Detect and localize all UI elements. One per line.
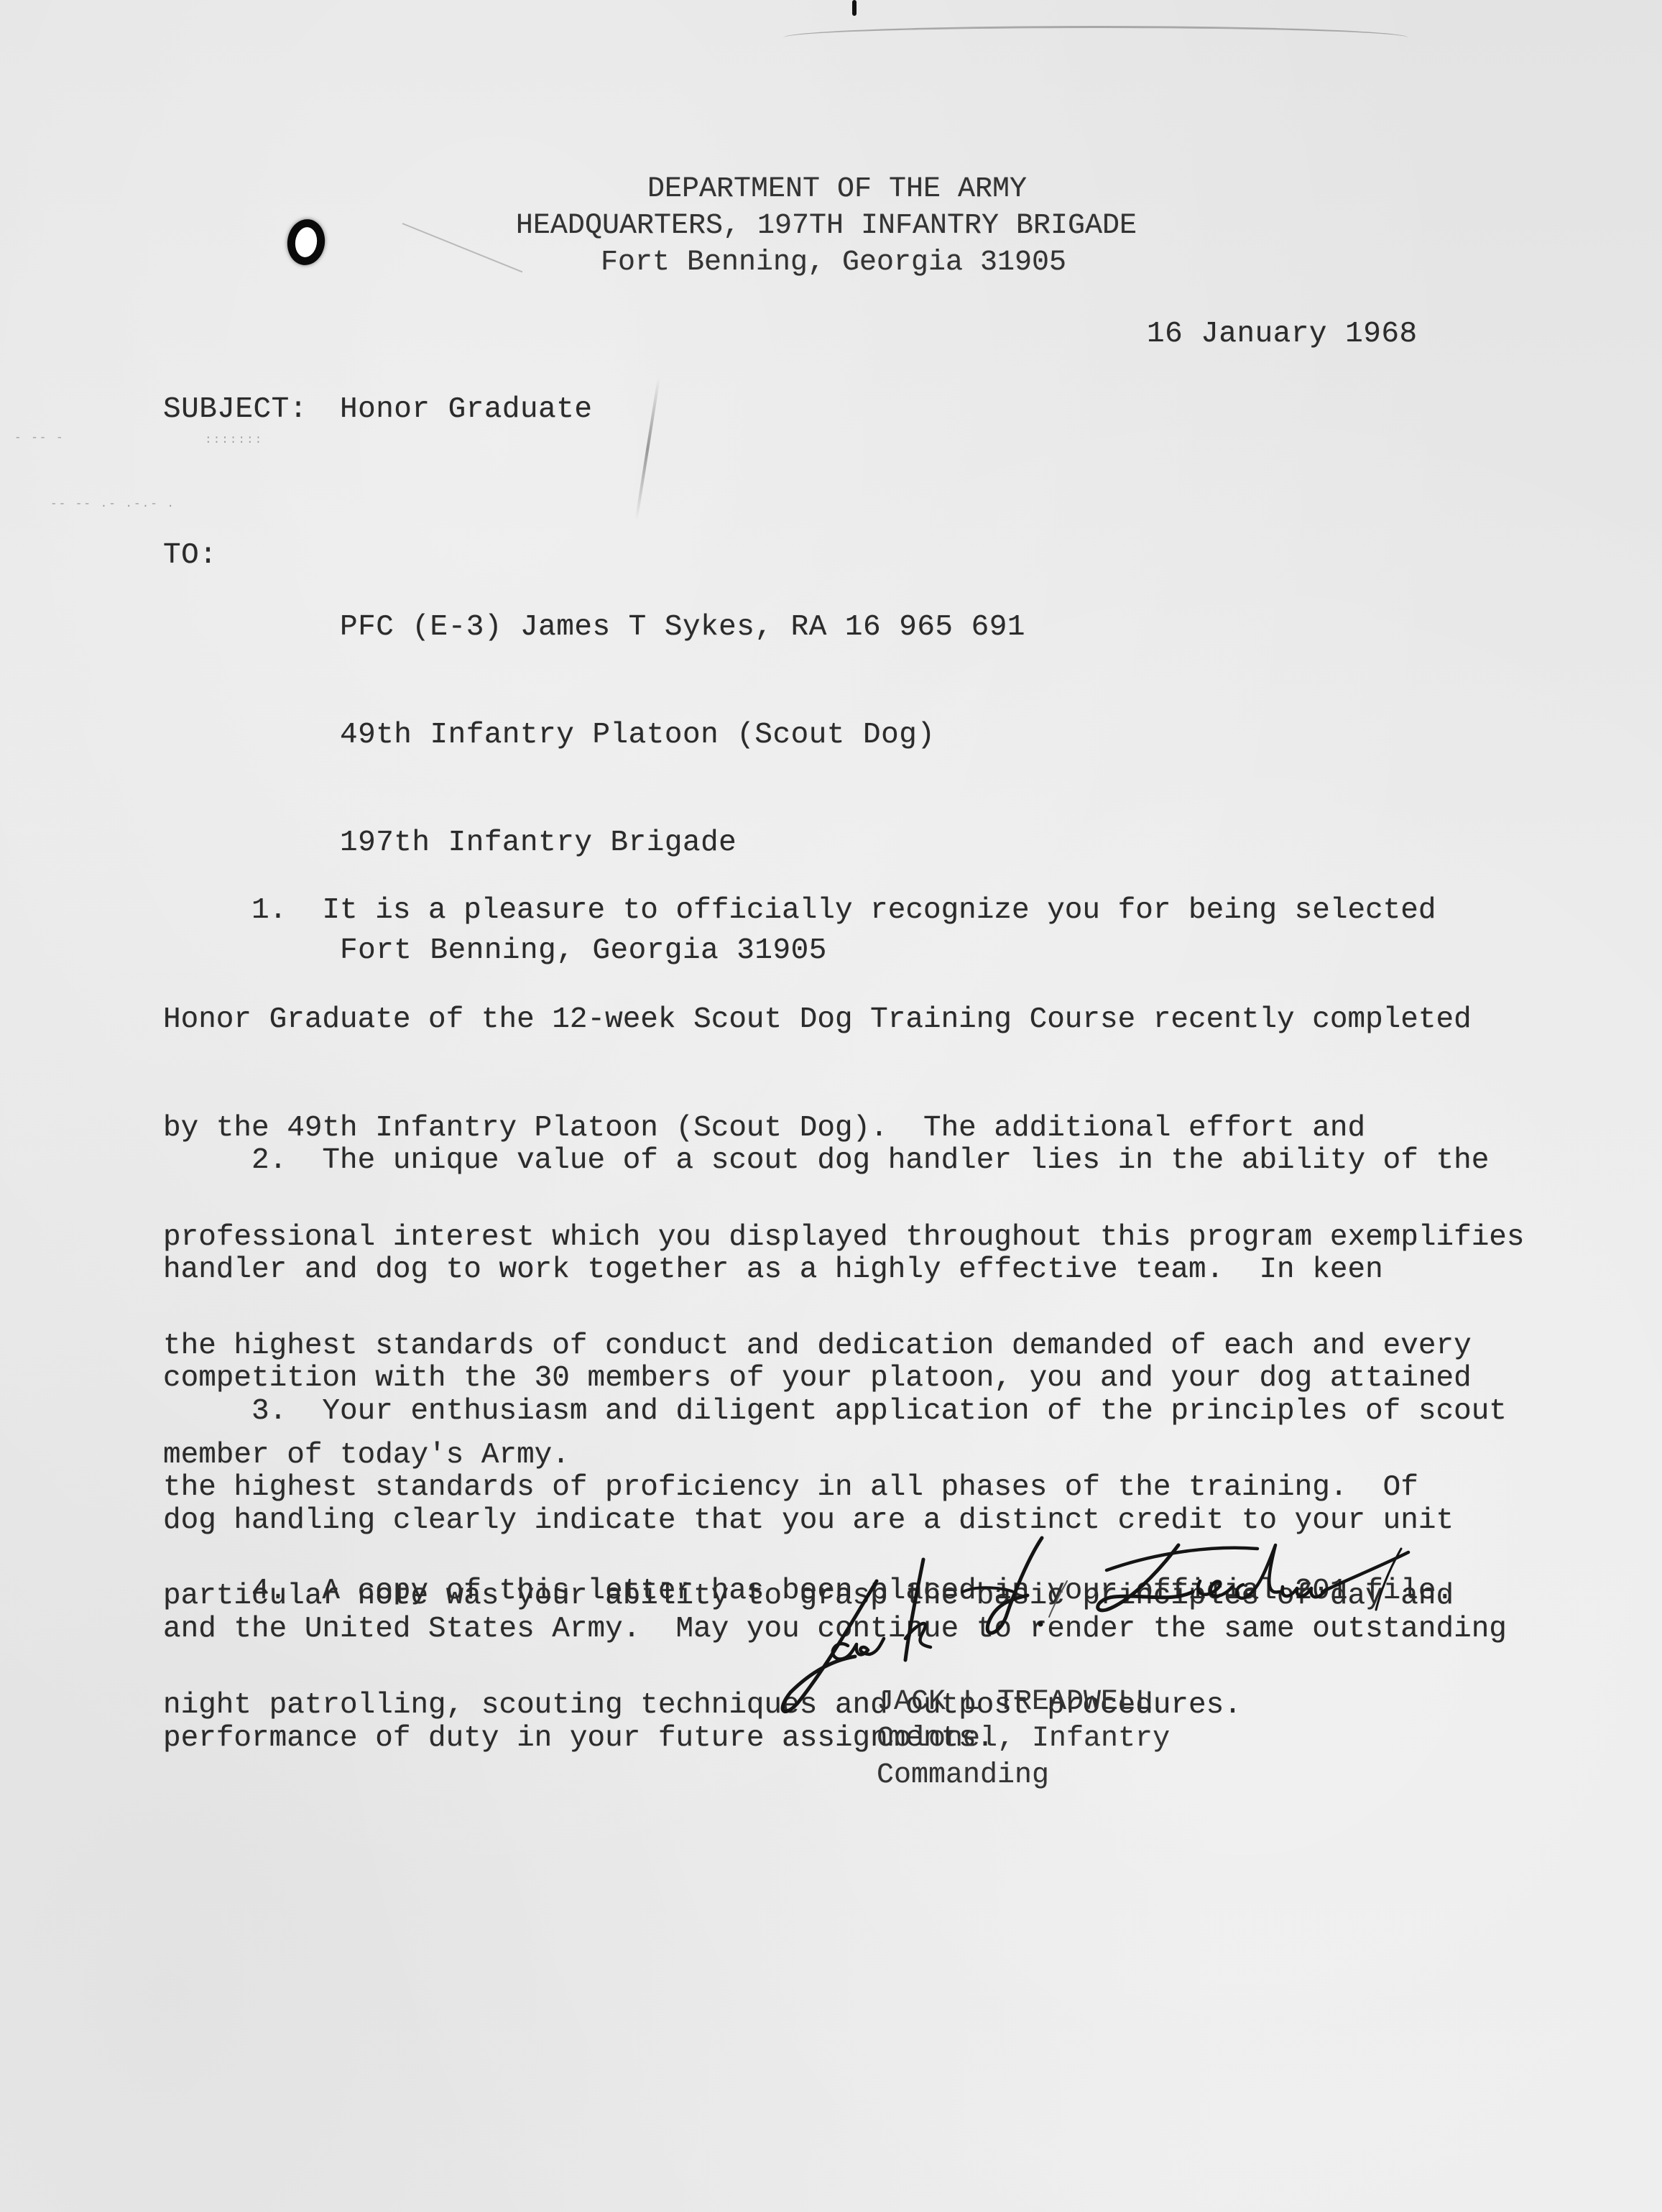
letterhead-department: DEPARTMENT OF THE ARMY — [467, 171, 1186, 208]
recipient-unit: 49th Infantry Platoon (Scout Dog) — [340, 717, 1025, 753]
paper-crease — [635, 377, 660, 520]
letter-date: 16 January 1968 — [1147, 316, 1418, 352]
letterhead-location: Fort Benning, Georgia 31905 — [467, 244, 1186, 281]
paragraph-line: 3. Your enthusiasm and diligent applicat… — [163, 1393, 1507, 1430]
subject-label: SUBJECT: — [163, 392, 308, 428]
ink-mark — [852, 0, 857, 16]
letterhead-headquarters: HEADQUARTERS, 197TH INFANTRY BRIGADE — [467, 208, 1186, 244]
paragraph-line: handler and dog to work together as a hi… — [163, 1252, 1489, 1289]
paragraph-line: 2. The unique value of a scout dog handl… — [163, 1143, 1489, 1179]
smudge: ::::::: — [205, 433, 263, 446]
paper-crease — [783, 26, 1408, 50]
signer-position: Commanding — [877, 1757, 1170, 1794]
paragraph-line: 1. It is a pleasure to officially recogn… — [163, 893, 1525, 929]
subject-value: Honor Graduate — [340, 392, 592, 428]
letterhead: DEPARTMENT OF THE ARMY HEADQUARTERS, 197… — [467, 171, 1186, 281]
signer-name: JACK L TREADWELL — [877, 1684, 1170, 1720]
signature-block: JACK L TREADWELL Colonel, Infantry Comma… — [877, 1684, 1170, 1794]
paragraph-line: performance of duty in your future assig… — [163, 1720, 1507, 1757]
signer-rank: Colonel, Infantry — [877, 1720, 1170, 1757]
punch-hole-icon — [285, 217, 328, 268]
recipient-name: PFC (E-3) James T Sykes, RA 16 965 691 — [340, 609, 1025, 645]
smudge: -- -- .- .-.- . — [50, 497, 175, 510]
paragraph-line: Honor Graduate of the 12-week Scout Dog … — [163, 1002, 1525, 1038]
smudge: - -- - — [14, 431, 65, 444]
recipient-label: TO: — [163, 538, 217, 573]
